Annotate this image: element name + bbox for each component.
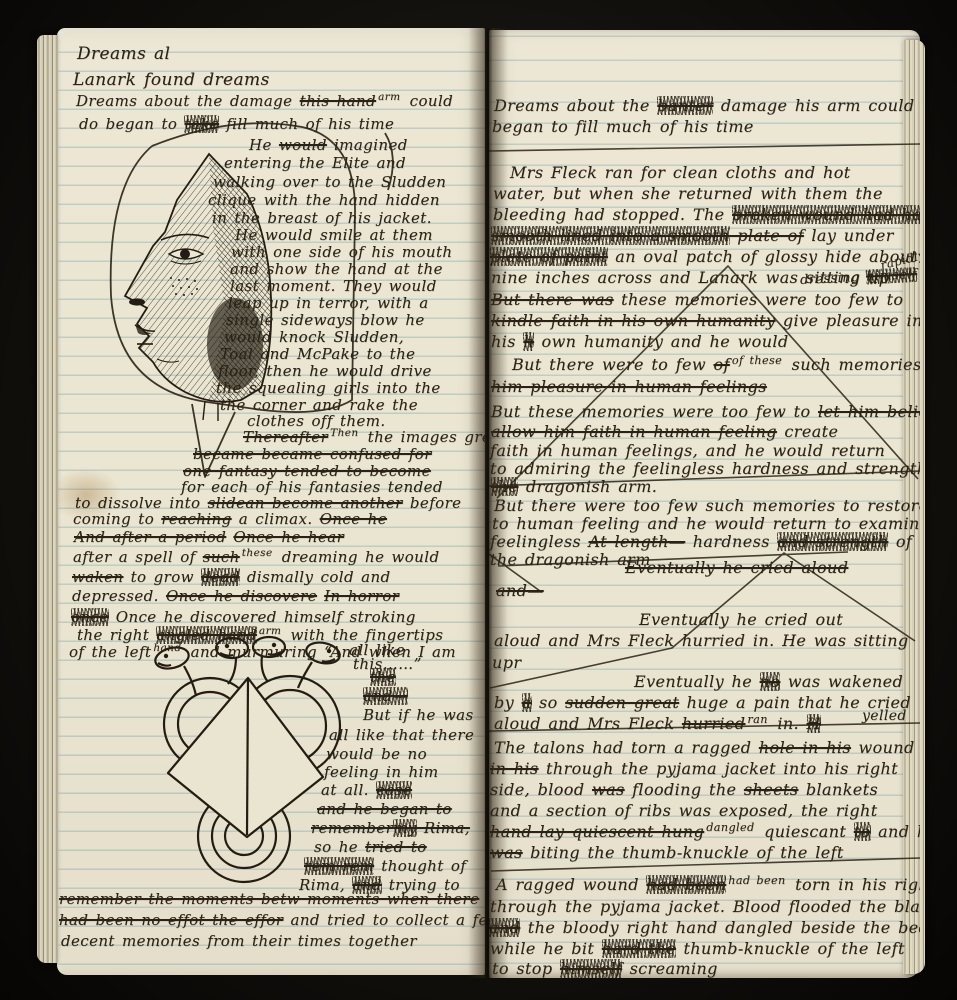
handwritten-text: last moment. They would xyxy=(230,277,437,295)
handwritten-text: through the pyjama jacket into his right xyxy=(539,759,898,778)
handwritten-line: entering the Elite and xyxy=(224,154,406,172)
inserted-text: dangled xyxy=(706,821,754,834)
handwritten-line: But there were too few such memories to … xyxy=(494,496,920,515)
handwritten-text: after a spell of xyxy=(73,548,203,566)
struck-text: ease xyxy=(376,781,412,799)
handwritten-text: to grow xyxy=(123,568,201,586)
handwritten-text: and show the hand at the xyxy=(230,260,443,278)
handwritten-text: floor, then he would drive xyxy=(218,362,432,380)
handwritten-line: But there were to few ofof these such me… xyxy=(512,355,920,374)
handwritten-line: But there was these memories were too fe… xyxy=(491,290,903,309)
handwritten-line: He would imagined xyxy=(249,136,408,154)
inserted-text: these xyxy=(242,547,273,559)
handwritten-text: in. xyxy=(770,714,807,733)
handwritten-line: in his through the pyjama jacket into hi… xyxy=(490,759,898,778)
struck-text: h xyxy=(523,332,534,351)
struck-text: to xyxy=(854,822,871,841)
struck-text: kindle faith in his own humanity xyxy=(491,311,775,330)
handwritten-line: rem rem thought of xyxy=(304,857,466,875)
handwritten-line: feelingless At length— hardness and stre… xyxy=(490,532,912,551)
handwritten-text: own humanity and he would xyxy=(534,332,789,351)
handwritten-text: Eventually he xyxy=(634,672,760,691)
handwritten-line: the dragonish arm. xyxy=(491,477,657,496)
handwritten-line: Dreams about the banter damage his arm c… xyxy=(494,96,920,115)
handwritten-line: do began to take fill much of his time xyxy=(79,115,394,133)
struck-text: broken wound had hardened xyxy=(732,205,920,224)
handwritten-line: was biting the thumb-knuckle of the left xyxy=(490,843,844,862)
handwritten-line: at all. ease xyxy=(321,781,412,799)
struck-text: this hand xyxy=(300,92,376,110)
handwritten-text: through the pyjama jacket. Blood flooded… xyxy=(490,897,920,916)
struck-text: the xyxy=(370,668,396,686)
handwritten-line: began to fill much of his time xyxy=(492,117,754,136)
handwritten-text: give pleasure in xyxy=(775,311,920,330)
left-page: Dreams alLanark found dreamsDreams about… xyxy=(57,28,485,975)
struck-text: remember the moments betw moments when t… xyxy=(59,890,479,908)
handwritten-text: aloud and Mrs Fleck hurried in. He was s… xyxy=(494,631,909,650)
struck-text: tried to xyxy=(365,838,427,856)
handwritten-text: so xyxy=(532,693,566,712)
handwritten-line: and he began to xyxy=(317,800,452,818)
handwritten-text: Toal and McPake to the xyxy=(220,345,415,363)
handwritten-text: screaming xyxy=(622,959,718,978)
handwritten-text: single sideways blow he xyxy=(226,311,425,329)
inserted-text: ran xyxy=(747,713,767,726)
struck-text: of xyxy=(713,355,729,374)
handwritten-text: walking over to the Sludden xyxy=(213,173,446,191)
struck-text: Once he xyxy=(320,510,387,528)
handwritten-line: A ragged wound had beenhad been torn in … xyxy=(496,875,920,894)
handwritten-text: He xyxy=(249,136,279,154)
handwritten-line: Eventually he cried aloud xyxy=(625,558,848,577)
handwritten-text: dreaming he would xyxy=(275,548,440,566)
struck-text: plate of xyxy=(730,226,804,245)
handwritten-text: The talons had torn a ragged xyxy=(494,738,759,757)
struck-text: sudden great xyxy=(565,693,679,712)
handwritten-text: hardness xyxy=(685,532,777,551)
handwritten-line: to human feeling and he would return to … xyxy=(492,514,920,533)
struck-text: in his xyxy=(490,759,539,778)
struck-text: Once he discovere xyxy=(166,587,317,605)
struck-text: was xyxy=(490,843,523,862)
handwritten-text: wound xyxy=(851,738,915,757)
handwritten-line: would knock Sludden, xyxy=(224,328,404,346)
handwriting-layer-left: Dreams alLanark found dreamsDreams about… xyxy=(57,28,485,975)
handwritten-line: Mrs Fleck ran for clean cloths and hot xyxy=(510,163,851,182)
handwritten-line: upr xyxy=(492,653,521,672)
handwritten-text: clique with the hand hidden xyxy=(208,191,440,209)
handwritten-text: imagined xyxy=(327,136,408,154)
struck-text: my xyxy=(393,819,417,837)
handwritten-text: to human feeling and he would return to … xyxy=(492,514,920,533)
handwritten-line: through the pyjama jacket. Blood flooded… xyxy=(490,897,920,916)
handwritten-text: But there were to few xyxy=(512,355,713,374)
handwritten-text: damage his arm could do xyxy=(713,96,920,115)
handwritten-line: waken to grow dead dismally cold and xyxy=(72,568,391,586)
handwritten-text: Dreams al xyxy=(77,44,170,64)
handwritten-text: bleeding had stopped. The xyxy=(493,205,732,224)
handwritten-line: remember the moments betw moments when t… xyxy=(59,890,479,908)
handwritten-line: Dreams about the damage this handarm cou… xyxy=(76,92,453,110)
handwritten-text: Lanark found dreams xyxy=(73,70,270,90)
handwritten-text: by xyxy=(494,693,522,712)
handwritten-line: became became confused for xyxy=(193,445,432,463)
struck-text: allow him faith in human feeling xyxy=(491,422,777,441)
struck-text: and xyxy=(489,918,520,937)
handwritten-line: bleeding had stopped. The broken wound h… xyxy=(493,205,920,224)
inserted-text: hand xyxy=(153,642,181,654)
handwritten-text: blankets xyxy=(798,780,878,799)
right-page: Dreams about the banter damage his arm c… xyxy=(489,30,920,978)
struck-text: Rima, xyxy=(417,819,470,837)
handwritten-text: and he xyxy=(871,822,920,841)
handwritten-text: and a section of ribs was exposed, the r… xyxy=(490,801,878,820)
handwritten-line: the xyxy=(370,668,396,686)
struck-text: let him believe xyxy=(818,402,920,421)
handwritten-text: side, blood xyxy=(490,780,592,799)
struck-text: had been xyxy=(646,875,726,894)
handwritten-text: feeling in him xyxy=(324,763,438,781)
struck-text: remember xyxy=(311,819,393,837)
handwritten-text: upr xyxy=(492,653,521,672)
handwritten-text: depressed. xyxy=(72,587,166,605)
handwritten-line: floor, then he would drive xyxy=(218,362,432,380)
handwritten-line: with one side of his mouth xyxy=(231,243,452,261)
handwritten-text: flooding the xyxy=(625,780,744,799)
handwritten-text: such memories to give xyxy=(784,355,920,374)
handwritten-line: kindle faith in his own humanity give pl… xyxy=(491,311,920,330)
handwritten-text: his xyxy=(491,332,523,351)
handwritten-text: of the left xyxy=(69,643,151,661)
handwritten-line: by a so sudden great huge a pain that he… xyxy=(494,693,911,712)
handwritten-line: plate of paint an oval patch of glossy h… xyxy=(490,247,917,266)
struck-text: sheets xyxy=(744,780,799,799)
struck-text: him pleasure in human feelings xyxy=(491,377,767,396)
handwritten-text: was wakened xyxy=(780,672,903,691)
handwritten-line: and— xyxy=(363,687,408,705)
handwritten-line: decent memories from their times togethe… xyxy=(61,932,417,950)
handwritten-line: him pleasure in human feelings xyxy=(491,377,767,396)
handwritten-line: Eventually he no was wakened xyxy=(634,672,903,691)
handwritten-text: in the breast of his jacket. xyxy=(212,209,432,227)
struck-text: and strength xyxy=(777,532,888,551)
handwritten-text: to stop xyxy=(492,959,560,978)
handwritten-line: aloud and Mrs Fleck hurriedran in. H xyxy=(494,714,821,733)
struck-text: dead xyxy=(201,568,240,586)
struck-text: banter xyxy=(657,96,713,115)
handwritten-text: a climax. xyxy=(232,510,320,528)
handwritten-line: to admiring the feelingless hardness and… xyxy=(490,459,920,478)
handwritten-line: his h own humanity and he would xyxy=(491,332,789,351)
handwriting-layer-right: Dreams about the banter damage his arm c… xyxy=(489,30,920,978)
handwritten-line: smooth lined into a smooth plate of lay … xyxy=(491,226,894,245)
handwritten-text: Eventually he cried out xyxy=(639,610,843,629)
struck-text: hole in his xyxy=(759,738,851,757)
handwritten-text: do began to xyxy=(79,115,184,133)
handwritten-text: He would smile at them xyxy=(235,226,433,244)
handwritten-text: faith in human feelings, and he would re… xyxy=(490,441,885,460)
struck-text: hand lay quiescent hung xyxy=(490,822,704,841)
handwritten-line: Lanark found dreams xyxy=(73,70,270,90)
handwritten-line: and the bloody right hand dangled beside… xyxy=(489,918,920,937)
struck-text: Eventually he cried aloud xyxy=(625,558,848,577)
handwritten-text: entering the Elite and xyxy=(224,154,406,172)
handwritten-text: Mrs Fleck ran for clean cloths and hot xyxy=(510,163,851,182)
handwritten-line: and— xyxy=(496,581,544,600)
handwritten-text: before xyxy=(403,494,462,512)
handwritten-line: And after a period Once he hear xyxy=(74,528,344,546)
handwritten-text: the bloody right hand dangled beside the… xyxy=(520,918,920,937)
inserted-text: arm xyxy=(378,91,400,103)
handwritten-line: and a section of ribs was exposed, the r… xyxy=(490,801,878,820)
handwritten-text: and tried to collect a few xyxy=(283,911,485,929)
struck-text: And after a period xyxy=(74,528,226,546)
struck-text: such xyxy=(203,548,240,566)
handwritten-line: remembermy Rima, xyxy=(311,819,470,837)
struck-text: reaching xyxy=(161,510,231,528)
inserted-text: of these xyxy=(732,354,782,367)
struck-text: himself xyxy=(866,267,918,285)
struck-text: had been no effot the effor xyxy=(59,911,283,929)
handwritten-text: fill much of his time xyxy=(219,115,394,133)
struck-text: In horror xyxy=(324,587,399,605)
handwritten-line: the squealing girls into the xyxy=(216,379,441,397)
handwritten-text: the squealing girls into the xyxy=(216,379,441,397)
handwritten-text: But there were too few such memories to … xyxy=(494,496,920,515)
handwritten-line: He would smile at them xyxy=(235,226,433,244)
handwritten-text: could xyxy=(403,92,454,110)
handwritten-line: would be no xyxy=(326,745,427,763)
handwritten-text: dragonish arm. xyxy=(518,477,657,496)
handwritten-text: quiescant xyxy=(757,822,854,841)
handwritten-text: the images grew xyxy=(361,428,485,446)
handwritten-text: water, but when she returned with them t… xyxy=(493,184,883,203)
struck-text: and— xyxy=(496,581,544,600)
struck-text: would xyxy=(279,136,327,154)
handwritten-text: feelingless xyxy=(490,532,589,551)
struck-text: and— xyxy=(363,687,408,705)
handwritten-line: once Once he discovered himself stroking xyxy=(71,608,416,626)
inserted-text: had been xyxy=(728,874,785,887)
handwritten-line: walking over to the Sludden xyxy=(213,173,446,191)
handwritten-text: lay under xyxy=(804,226,894,245)
handwritten-line: allow him faith in human feeling create xyxy=(491,422,838,441)
handwritten-text: thought of xyxy=(374,857,466,875)
handwritten-line: and show the hand at the xyxy=(230,260,443,278)
inserted-text: arm xyxy=(259,625,281,637)
handwritten-text: But if he was xyxy=(363,706,474,724)
struck-text: But there was xyxy=(491,290,614,309)
handwritten-text: with one side of his mouth xyxy=(231,243,452,261)
struck-text: hard the xyxy=(602,939,676,958)
handwritten-line: Dreams al xyxy=(77,44,170,64)
handwritten-line: But these memories were too few to let h… xyxy=(491,402,920,421)
handwritten-text: thumb-knuckle of the left xyxy=(676,939,905,958)
handwritten-line: depressed. Once he discovere In horror xyxy=(72,587,399,605)
handwritten-text: would knock Sludden, xyxy=(224,328,404,346)
struck-text: take xyxy=(184,115,219,133)
handwritten-text: while he bit xyxy=(490,939,602,958)
struck-text: a xyxy=(522,693,532,712)
handwritten-line: all like that there xyxy=(329,726,474,744)
inserted-text: Then xyxy=(330,427,358,439)
handwritten-line: feeling in him xyxy=(324,763,438,781)
handwritten-text: all like that there xyxy=(329,726,474,744)
handwritten-line: leap up in terror, with a xyxy=(228,294,429,312)
handwritten-text: at all. xyxy=(321,781,376,799)
handwritten-line: faith in human feelings, and he would re… xyxy=(490,441,885,460)
struck-text: became became confused for xyxy=(193,445,432,463)
handwritten-line: But if he was xyxy=(363,706,474,724)
handwritten-text: began to fill much of his time xyxy=(492,117,754,136)
handwritten-line: water, but when she returned with them t… xyxy=(493,184,883,203)
struck-text: waken xyxy=(72,568,123,586)
handwritten-text: torn in his right side xyxy=(788,875,920,894)
handwritten-text: yelled xyxy=(862,708,907,724)
struck-text: and he began to xyxy=(317,800,452,818)
handwritten-line: side, blood was flooding the sheets blan… xyxy=(490,780,878,799)
handwritten-text: dismally cold and xyxy=(240,568,391,586)
handwritten-text: of xyxy=(888,532,912,551)
struck-text: H xyxy=(807,714,821,733)
handwritten-line: after a spell of suchthese dreaming he w… xyxy=(73,548,439,566)
handwritten-line: Eventually he cried out xyxy=(639,610,843,629)
struck-text: no xyxy=(760,672,781,691)
struck-text: the xyxy=(491,477,518,496)
handwritten-text: these memories were too few to xyxy=(614,290,904,309)
struck-text: smooth lined into a smooth xyxy=(491,226,730,245)
handwritten-text: to admiring the feelingless hardness and… xyxy=(490,459,920,478)
handwritten-text: Dreams about the damage xyxy=(76,92,300,110)
handwritten-line: to stop himself screaming xyxy=(492,959,718,978)
handwritten-text: the right xyxy=(77,626,156,644)
handwritten-text: coming to xyxy=(73,510,161,528)
handwritten-line: Toal and McPake to the xyxy=(220,345,415,363)
handwritten-text: biting the thumb-knuckle of the left xyxy=(523,843,844,862)
handwritten-line: coming to reaching a climax. Once he xyxy=(73,510,387,528)
notebook-photo: Dreams alLanark found dreamsDreams about… xyxy=(0,0,957,1000)
handwritten-line: in the breast of his jacket. xyxy=(212,209,432,227)
handwritten-line: so he tried to xyxy=(314,838,427,856)
handwritten-text: leap up in terror, with a xyxy=(228,294,429,312)
struck-text: Once he hear xyxy=(233,528,344,546)
struck-text: Thereafter xyxy=(243,428,328,446)
struck-text: once xyxy=(71,608,109,626)
handwritten-text: Dreams about the xyxy=(494,96,657,115)
handwritten-text: decent memories from their times togethe… xyxy=(61,932,417,950)
handwritten-line: ThereafterThen the images grew xyxy=(243,428,485,446)
handwritten-line: yelled xyxy=(862,708,907,724)
handwritten-text: would be no xyxy=(326,745,427,763)
struck-text: plate of paint xyxy=(490,247,608,266)
struck-text: himself xyxy=(560,959,622,978)
handwritten-text: But these memories were too few to xyxy=(491,402,818,421)
struck-text: At length— xyxy=(589,532,686,551)
handwritten-line: hand lay quiescent hungdangled quiescant… xyxy=(490,822,920,841)
handwritten-text: A ragged wound xyxy=(496,875,646,894)
page-stack-left-edge xyxy=(37,35,58,963)
handwritten-line: clique with the hand hidden xyxy=(208,191,440,209)
handwritten-text: so he xyxy=(314,838,365,856)
handwritten-line: while he bit hard the thumb-knuckle of t… xyxy=(490,939,905,958)
handwritten-text: Once he discovered himself stroking xyxy=(109,608,416,626)
handwritten-line: The talons had torn a ragged hole in his… xyxy=(494,738,915,757)
struck-text: hurried xyxy=(682,714,746,733)
handwritten-line: last moment. They would xyxy=(230,277,437,295)
struck-text: rem rem xyxy=(304,857,374,875)
handwritten-line: aloud and Mrs Fleck hurried in. He was s… xyxy=(494,631,909,650)
handwritten-line: single sideways blow he xyxy=(226,311,425,329)
handwritten-text: aloud and Mrs Fleck xyxy=(494,714,682,733)
handwritten-text: create xyxy=(777,422,838,441)
handwritten-text: an oval patch of glossy hide about xyxy=(608,247,918,266)
struck-text: was xyxy=(592,780,625,799)
handwritten-line: had been no effot the effor and tried to… xyxy=(59,911,485,929)
